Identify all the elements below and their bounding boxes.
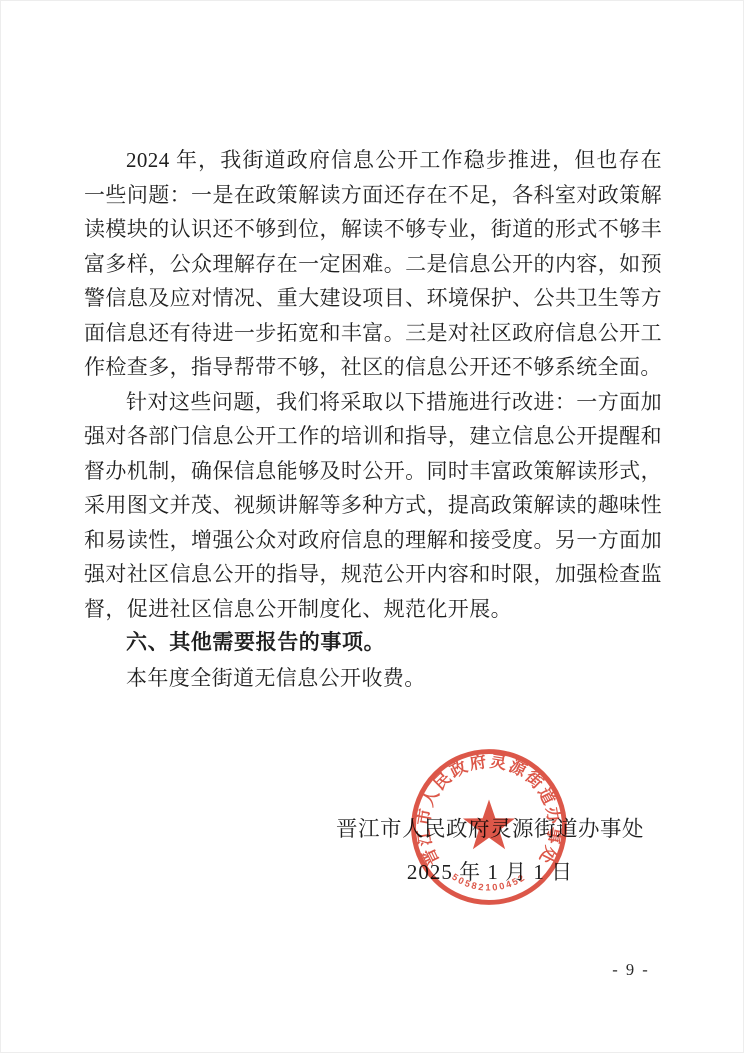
paragraph-measures: 针对这些问题，我们将采取以下措施进行改进：一方面加强对各部门信息公开工作的培训和… [84,385,662,627]
paragraph-fees: 本年度全街道无信息公开收费。 [84,661,662,696]
page-number: - 9 - [598,960,664,980]
paragraph-problems: 2024 年，我街道政府信息公开工作稳步推进，但也存在一些问题：一是在政策解读方… [84,143,662,385]
seal-ring-text: 晋江市人民政府灵源街道办事处 [413,751,566,869]
issuer-signature: 晋江市人民政府灵源街道办事处 [322,812,658,843]
section-heading: 六、其他需要报告的事项。 [84,626,662,661]
document-body: 2024 年，我街道政府信息公开工作稳步推进，但也存在一些问题：一是在政策解读方… [84,143,662,695]
issue-date: 2025 年 1 月 1 日 [322,856,658,886]
document-page: 2024 年，我街道政府信息公开工作稳步推进，但也存在一些问题：一是在政策解读方… [0,0,744,1053]
